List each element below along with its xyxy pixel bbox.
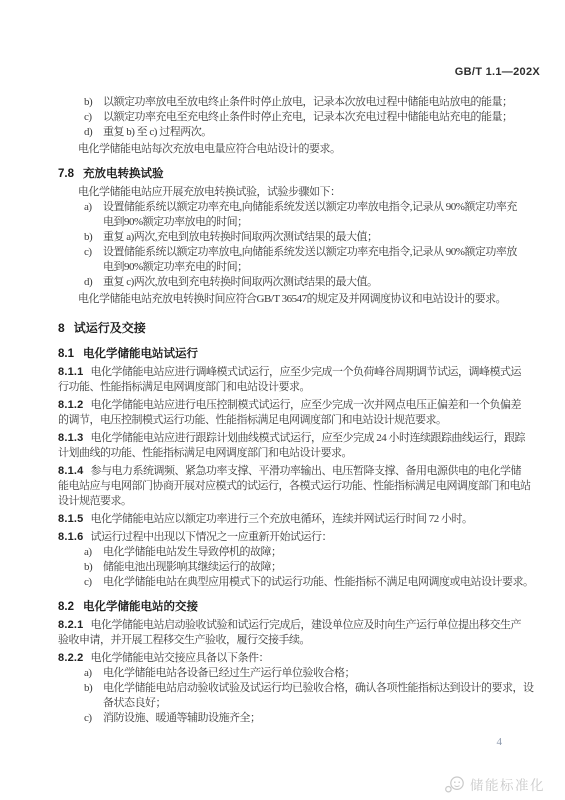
text-line: 8.1.3电化学储能电站应进行跟踪计划曲线模式试运行，应至少完成 24 小时连续… <box>58 431 516 446</box>
list-line: b)电化学储能电站启动验收试验及试运行均已验收合格，确认各项性能指标达到设计的要… <box>58 681 516 696</box>
list-line: c)设置储能系统以额定功率放电,向储能系统发送以额定功率充电指令,记录从 90%… <box>58 245 516 260</box>
list-text: 储能电池出现影响其继续运行的故障； <box>103 561 282 573</box>
list-line: b)以额定功率放电至放电终止条件时停止放电，记录本次放电过程中储能电站放电的能量… <box>58 95 516 110</box>
document-content: b)以额定功率放电至放电终止条件时停止放电，记录本次放电过程中储能电站放电的能量… <box>58 95 516 726</box>
list-marker: c) <box>84 245 103 260</box>
text-line: 电化学储能电站充放电转换时间应符合GB/T 36547的规定及并网调度协议和电站… <box>78 292 516 307</box>
list-line: d)重复 c)两次,放电到充电转换时间取两次测试结果的最大值。 <box>58 275 516 290</box>
list-marker: d) <box>84 125 103 140</box>
clause-paragraph: 8.1.4参与电力系统调频、紧急功率支撑、平滑功率输出、电压暂降支撑、备用电源供… <box>58 464 516 509</box>
clause-number: 8.2.1 <box>58 619 83 631</box>
text-line: 行功能、性能指标满足电网调度部门和电站设计要求。 <box>58 380 516 395</box>
list-line: 备状态良好； <box>58 696 516 711</box>
clause-text: 电化学储能电站启动验收试验和试运行完成后，建设单位应及时向生产运行单位提出移交生… <box>90 619 521 631</box>
clause-paragraph: 8.1.6试运行过程中出现以下情况之一应重新开始试运行： <box>58 530 516 545</box>
section-number: 8.1 <box>58 348 74 360</box>
text-line: 8.2.1电化学储能电站启动验收试验和试运行完成后，建设单位应及时向生产运行单位… <box>58 618 516 633</box>
list-text: 电化学储能电站发生导致停机的故障； <box>103 546 282 558</box>
list-text: 设置储能系统以额定功率充电,向储能系统发送以额定功率放电指令,记录从 90%额定… <box>103 201 517 213</box>
clause-number: 8.1.2 <box>58 399 83 411</box>
list-line: a)设置储能系统以额定功率充电,向储能系统发送以额定功率放电指令,记录从 90%… <box>58 200 516 215</box>
list-text: 设置储能系统以额定功率放电,向储能系统发送以额定功率充电指令,记录从 90%额定… <box>103 246 517 258</box>
list-line: d)重复 b) 至 c) 过程两次。 <box>58 125 516 140</box>
section-title: 充放电转换试验 <box>83 168 164 180</box>
clause-text: 电化学储能电站应进行调峰模式试运行，应至少完成一个负荷峰谷周期调节试运，调峰模式… <box>90 366 521 378</box>
clause-paragraph: 8.1.3电化学储能电站应进行跟踪计划曲线模式试运行，应至少完成 24 小时连续… <box>58 431 516 461</box>
list-text: 电化学储能电站在典型应用模式下的试运行功能、性能指标不满足电网调度或电站设计要求… <box>103 576 534 588</box>
list-marker: c) <box>84 110 103 125</box>
section-title: 电化学储能电站的交接 <box>83 601 198 613</box>
section-heading: 7.8充放电转换试验 <box>58 166 516 182</box>
section-number: 8 <box>58 321 65 335</box>
clause-number: 8.1.3 <box>58 432 83 444</box>
list-line: c)电化学储能电站在典型应用模式下的试运行功能、性能指标不满足电网调度或电站设计… <box>58 575 516 590</box>
section-title: 试运行及交接 <box>74 321 146 335</box>
list-text: 重复 c)两次,放电到充电转换时间取两次测试结果的最大值。 <box>103 276 378 288</box>
text-line: 8.1.2电化学储能电站应进行电压控制模式试运行，应至少完成一次并网点电压正偏差… <box>58 398 516 413</box>
clause-number: 8.1.1 <box>58 366 83 378</box>
text-line: 能电站应与电网部门协商开展对应模式的试运行，各模式运行功能、性能指标满足电网调度… <box>58 479 516 494</box>
text-line: 8.1.1电化学储能电站应进行调峰模式试运行，应至少完成一个负荷峰谷周期调节试运… <box>58 365 516 380</box>
list-line: c)消防设施、暖通等辅助设施齐全； <box>58 711 516 726</box>
page-number: 4 <box>497 736 503 748</box>
list-line: a)电化学储能电站发生导致停机的故障； <box>58 545 516 560</box>
clause-text: 试运行过程中出现以下情况之一应重新开始试运行： <box>90 531 332 543</box>
list-marker: b) <box>84 230 103 245</box>
text-line: 的调节，电压控制模式运行功能、性能指标满足电网调度部门和电站设计规范要求。 <box>58 413 516 428</box>
paragraph: 电化学储能电站充放电转换时间应符合GB/T 36547的规定及并网调度协议和电站… <box>58 292 516 307</box>
list-text: 消防设施、暖通等辅助设施齐全； <box>103 712 261 724</box>
list-line: c)以额定功率充电至充电终止条件时停止充电，记录本次充电过程中储能电站充电的能量… <box>58 110 516 125</box>
list-text: 电化学储能电站启动验收试验及试运行均已验收合格，确认各项性能指标达到设计的要求，… <box>103 682 534 694</box>
clause-paragraph: 8.1.5电化学储能电站应以额定功率进行三个充放电循环，连续并网试运行时间 72… <box>58 512 516 527</box>
text-line: 8.2.2电化学储能电站交接应具备以下条件： <box>58 651 516 666</box>
list: a)电化学储能电站发生导致停机的故障；b)储能电池出现影响其继续运行的故障；c)… <box>58 545 516 590</box>
text-line: 8.1.5电化学储能电站应以额定功率进行三个充放电循环，连续并网试运行时间 72… <box>58 512 516 527</box>
section-number: 8.2 <box>58 601 74 613</box>
section-heading: 8.1电化学储能电站试运行 <box>58 346 516 362</box>
text-line: 验收申请，并开展工程移交生产验收，履行交接手续。 <box>58 633 516 648</box>
list-marker: b) <box>84 95 103 110</box>
clause-text: 电化学储能电站应进行跟踪计划曲线模式试运行，应至少完成 24 小时连续跟踪曲线运… <box>90 432 525 444</box>
section-title: 电化学储能电站试运行 <box>83 348 198 360</box>
clause-number: 8.1.4 <box>58 465 83 477</box>
clause-number: 8.1.5 <box>58 513 83 525</box>
list-text: 重复 b) 至 c) 过程两次。 <box>103 126 212 138</box>
paragraph: 电化学储能电站每次充放电电量应符合电站设计的要求。 <box>58 142 516 157</box>
text-line: 8.1.6试运行过程中出现以下情况之一应重新开始试运行： <box>58 530 516 545</box>
list-line: b)重复 a)两次,充电到放电转换时间取两次测试结果的最大值； <box>58 230 516 245</box>
watermark: 储能标准化 <box>445 774 545 794</box>
section-heading: 8试运行及交接 <box>58 320 516 336</box>
clause-text: 参与电力系统调频、紧急功率支撑、平滑功率输出、电压暂降支撑、备用电源供电的电化学… <box>90 465 521 477</box>
list-marker: a) <box>84 545 103 560</box>
list-marker: d) <box>84 275 103 290</box>
list-text: 以额定功率放电至放电终止条件时停止放电，记录本次放电过程中储能电站放电的能量； <box>103 96 513 108</box>
section-heading: 8.2电化学储能电站的交接 <box>58 599 516 615</box>
list: b)以额定功率放电至放电终止条件时停止放电，记录本次放电过程中储能电站放电的能量… <box>58 95 516 140</box>
watermark-label: 储能标准化 <box>470 774 545 794</box>
list-line: 电到90%额定功率充电的时间； <box>58 260 516 275</box>
text-line: 电化学储能电站每次充放电电量应符合电站设计的要求。 <box>78 142 516 157</box>
list-text: 电化学储能电站各设备已经过生产运行单位验收合格； <box>103 667 355 679</box>
clause-text: 电化学储能电站交接应具备以下条件： <box>90 652 269 664</box>
list-marker: c) <box>84 575 103 590</box>
clause-paragraph: 8.1.2电化学储能电站应进行电压控制模式试运行，应至少完成一次并网点电压正偏差… <box>58 398 516 428</box>
section-number: 7.8 <box>58 168 74 180</box>
clause-number: 8.2.2 <box>58 652 83 664</box>
page-header-standard-code: GB/T 1.1—202X <box>455 66 540 78</box>
list-marker: a) <box>84 666 103 681</box>
list: a)设置储能系统以额定功率充电,向储能系统发送以额定功率放电指令,记录从 90%… <box>58 200 516 290</box>
list-line: 电到90%额定功率放电的时间； <box>58 215 516 230</box>
list-marker: c) <box>84 711 103 726</box>
clause-number: 8.1.6 <box>58 531 83 543</box>
paragraph: 电化学储能电站应开展充放电转换试验，试验步骤如下： <box>58 185 516 200</box>
clause-paragraph: 8.2.2电化学储能电站交接应具备以下条件： <box>58 651 516 666</box>
clause-paragraph: 8.2.1电化学储能电站启动验收试验和试运行完成后，建设单位应及时向生产运行单位… <box>58 618 516 648</box>
list-marker: a) <box>84 200 103 215</box>
text-line: 8.1.4参与电力系统调频、紧急功率支撑、平滑功率输出、电压暂降支撑、备用电源供… <box>58 464 516 479</box>
list-text: 以额定功率充电至充电终止条件时停止充电，记录本次充电过程中储能电站充电的能量； <box>103 111 513 123</box>
wechat-icon <box>445 776 465 793</box>
list-line: a)电化学储能电站各设备已经过生产运行单位验收合格； <box>58 666 516 681</box>
list: a)电化学储能电站各设备已经过生产运行单位验收合格；b)电化学储能电站启动验收试… <box>58 666 516 726</box>
list-marker: b) <box>84 560 103 575</box>
list-marker: b) <box>84 681 103 696</box>
text-line: 设计规范要求。 <box>58 494 516 509</box>
clause-text: 电化学储能电站应进行电压控制模式试运行，应至少完成一次并网点电压正偏差和一个负偏… <box>90 399 521 411</box>
list-text: 重复 a)两次,充电到放电转换时间取两次测试结果的最大值； <box>103 231 378 243</box>
standard-document-page: GB/T 1.1—202X b)以额定功率放电至放电终止条件时停止放电，记录本次… <box>0 0 565 800</box>
text-line: 计划曲线的功能、性能指标满足电网调度部门和电站设计要求。 <box>58 446 516 461</box>
clause-text: 电化学储能电站应以额定功率进行三个充放电循环，连续并网试运行时间 72 小时。 <box>90 513 472 525</box>
text-line: 电化学储能电站应开展充放电转换试验，试验步骤如下： <box>78 185 516 200</box>
list-line: b)储能电池出现影响其继续运行的故障； <box>58 560 516 575</box>
clause-paragraph: 8.1.1电化学储能电站应进行调峰模式试运行，应至少完成一个负荷峰谷周期调节试运… <box>58 365 516 395</box>
